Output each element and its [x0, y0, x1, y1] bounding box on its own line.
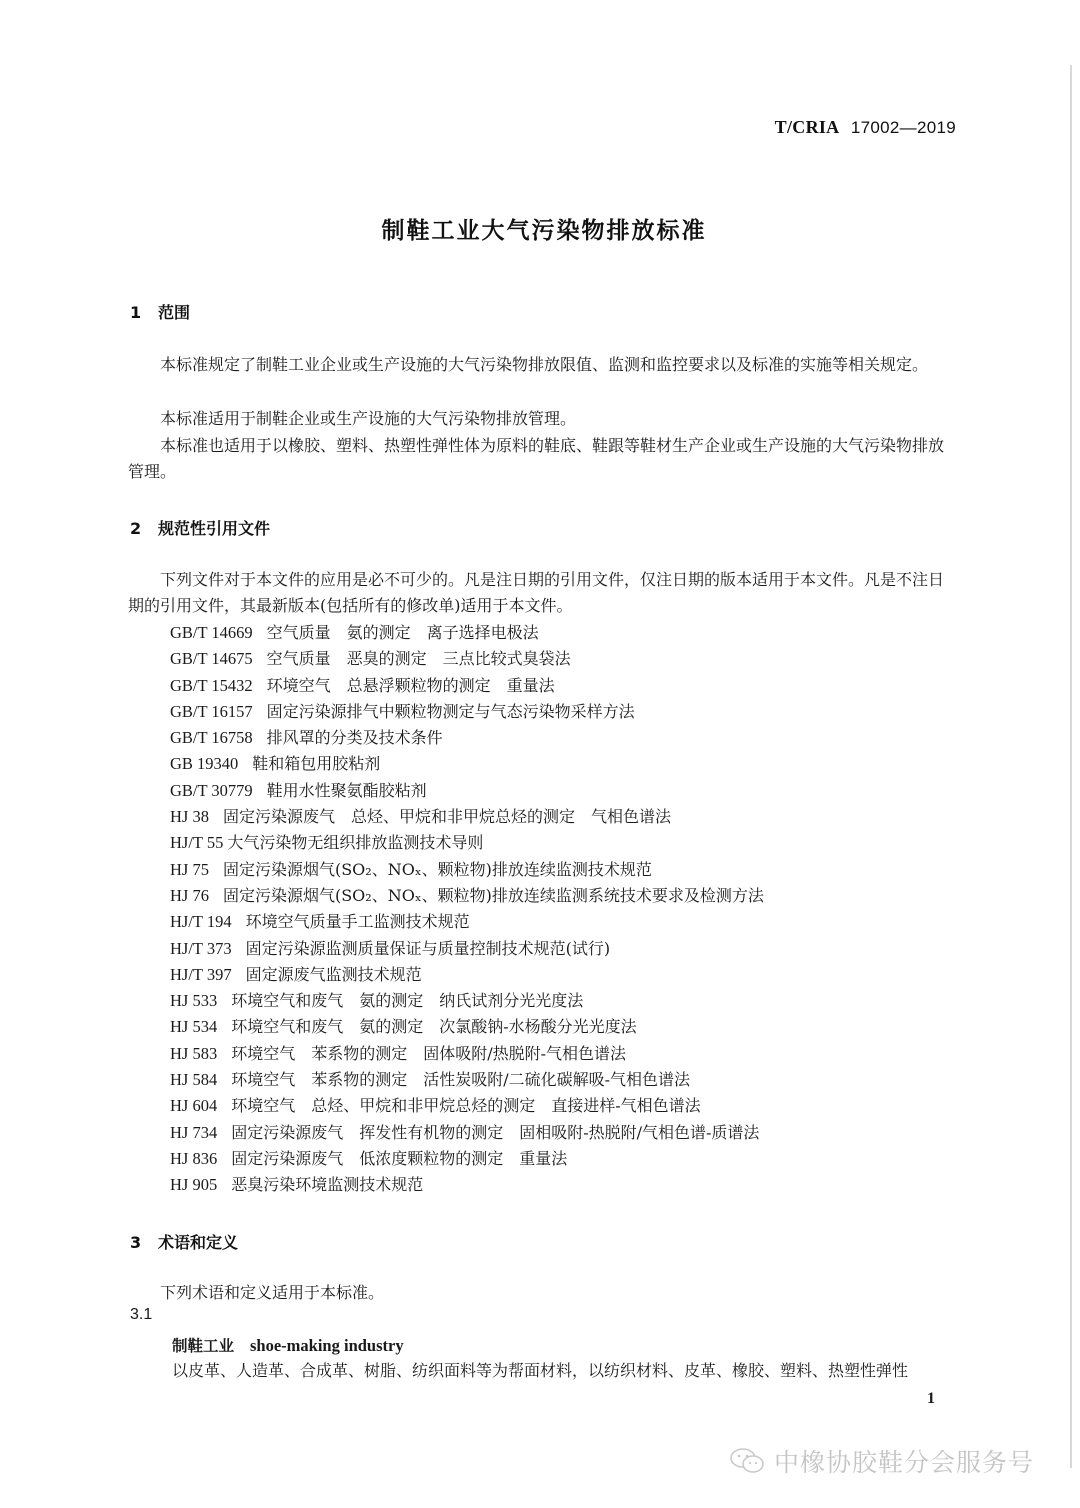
section-1-heading: 1范围 [130, 300, 190, 323]
reference-item: HJ 38固定污染源废气 总烃、甲烷和非甲烷总烃的测定 气相色谱法 [170, 804, 764, 830]
reference-item: HJ 734固定污染源废气 挥发性有机物的测定 固相吸附-热脱附/气相色谱-质谱… [170, 1120, 764, 1146]
scan-edge-line [1070, 65, 1072, 1468]
page-number: 1 [927, 1390, 935, 1408]
reference-item: GB/T 30779鞋用水性聚氨酯胶粘剂 [170, 778, 764, 804]
section-1-paragraph-3: 本标准也适用于以橡胶、塑料、热塑性弹性体为原料的鞋底、鞋跟等鞋材生产企业或生产设… [128, 433, 958, 485]
reference-item: GB/T 14675空气质量 恶臭的测定 三点比较式臭袋法 [170, 646, 764, 672]
document-code-number: 17002—2019 [851, 118, 956, 137]
document-title: 制鞋工业大气污染物排放标准 [0, 212, 1080, 245]
reference-item: HJ 905恶臭污染环境监测技术规范 [170, 1172, 764, 1198]
normative-reference-list: GB/T 14669空气质量 氨的测定 离子选择电极法 GB/T 14675空气… [170, 620, 764, 1199]
wechat-icon [728, 1446, 768, 1476]
reference-item: HJ 534环境空气和废气 氨的测定 次氯酸钠-水杨酸分光光度法 [170, 1014, 764, 1040]
section-3-intro: 下列术语和定义适用于本标准。 [128, 1280, 958, 1306]
reference-item: GB/T 14669空气质量 氨的测定 离子选择电极法 [170, 620, 764, 646]
reference-item: HJ/T 55大气污染物无组织排放监测技术导则 [170, 830, 764, 856]
reference-item: GB/T 16758排风罩的分类及技术条件 [170, 725, 764, 751]
section-1-paragraph-1: 本标准规定了制鞋工业企业或生产设施的大气污染物排放限值、监测和监控要求以及标准的… [128, 352, 958, 378]
reference-item: HJ 533环境空气和废气 氨的测定 纳氏试剂分光光度法 [170, 988, 764, 1014]
term-name-zh: 制鞋工业 [172, 1337, 234, 1355]
reference-item: HJ 584环境空气 苯系物的测定 活性炭吸附/二硫化碳解吸-气相色谱法 [170, 1067, 764, 1093]
term-name: 制鞋工业shoe-making industry [172, 1334, 404, 1356]
section-3-heading: 3术语和定义 [130, 1230, 238, 1253]
document-code-prefix: T/CRIA [775, 117, 840, 137]
reference-item: HJ/T 397固定源废气监测技术规范 [170, 962, 764, 988]
watermark: 中橡协胶鞋分会服务号 [728, 1443, 1034, 1479]
section-2-heading: 2规范性引用文件 [130, 516, 270, 539]
watermark-text: 中橡协胶鞋分会服务号 [774, 1443, 1034, 1479]
reference-item: HJ 75固定污染源烟气(SO₂、NOₓ、颗粒物)排放连续监测技术规范 [170, 857, 764, 883]
reference-item: HJ/T 373固定污染源监测质量保证与质量控制技术规范(试行) [170, 936, 764, 962]
reference-item: HJ 583环境空气 苯系物的测定 固体吸附/热脱附-气相色谱法 [170, 1041, 764, 1067]
reference-item: GB/T 16157固定污染源排气中颗粒物测定与气态污染物采样方法 [170, 699, 764, 725]
reference-item: HJ 76固定污染源烟气(SO₂、NOₓ、颗粒物)排放连续监测系统技术要求及检测… [170, 883, 764, 909]
reference-item: GB/T 15432环境空气 总悬浮颗粒物的测定 重量法 [170, 673, 764, 699]
term-name-en: shoe-making industry [250, 1336, 404, 1355]
reference-item: HJ 604环境空气 总烃、甲烷和非甲烷总烃的测定 直接进样-气相色谱法 [170, 1093, 764, 1119]
term-definition: 以皮革、人造革、合成革、树脂、纺织面料等为帮面材料，以纺织材料、皮革、橡胶、塑料… [172, 1358, 908, 1381]
reference-item: HJ/T 194环境空气质量手工监测技术规范 [170, 909, 764, 935]
section-2-intro: 下列文件对于本文件的应用是必不可少的。凡是注日期的引用文件，仅注日期的版本适用于… [128, 567, 958, 619]
document-code: T/CRIA 17002—2019 [775, 117, 956, 138]
reference-item: GB 19340鞋和箱包用胶粘剂 [170, 751, 764, 777]
reference-item: HJ 836固定污染源废气 低浓度颗粒物的测定 重量法 [170, 1146, 764, 1172]
term-number: 3.1 [130, 1306, 152, 1324]
section-1-paragraph-2: 本标准适用于制鞋企业或生产设施的大气污染物排放管理。 [128, 406, 958, 432]
